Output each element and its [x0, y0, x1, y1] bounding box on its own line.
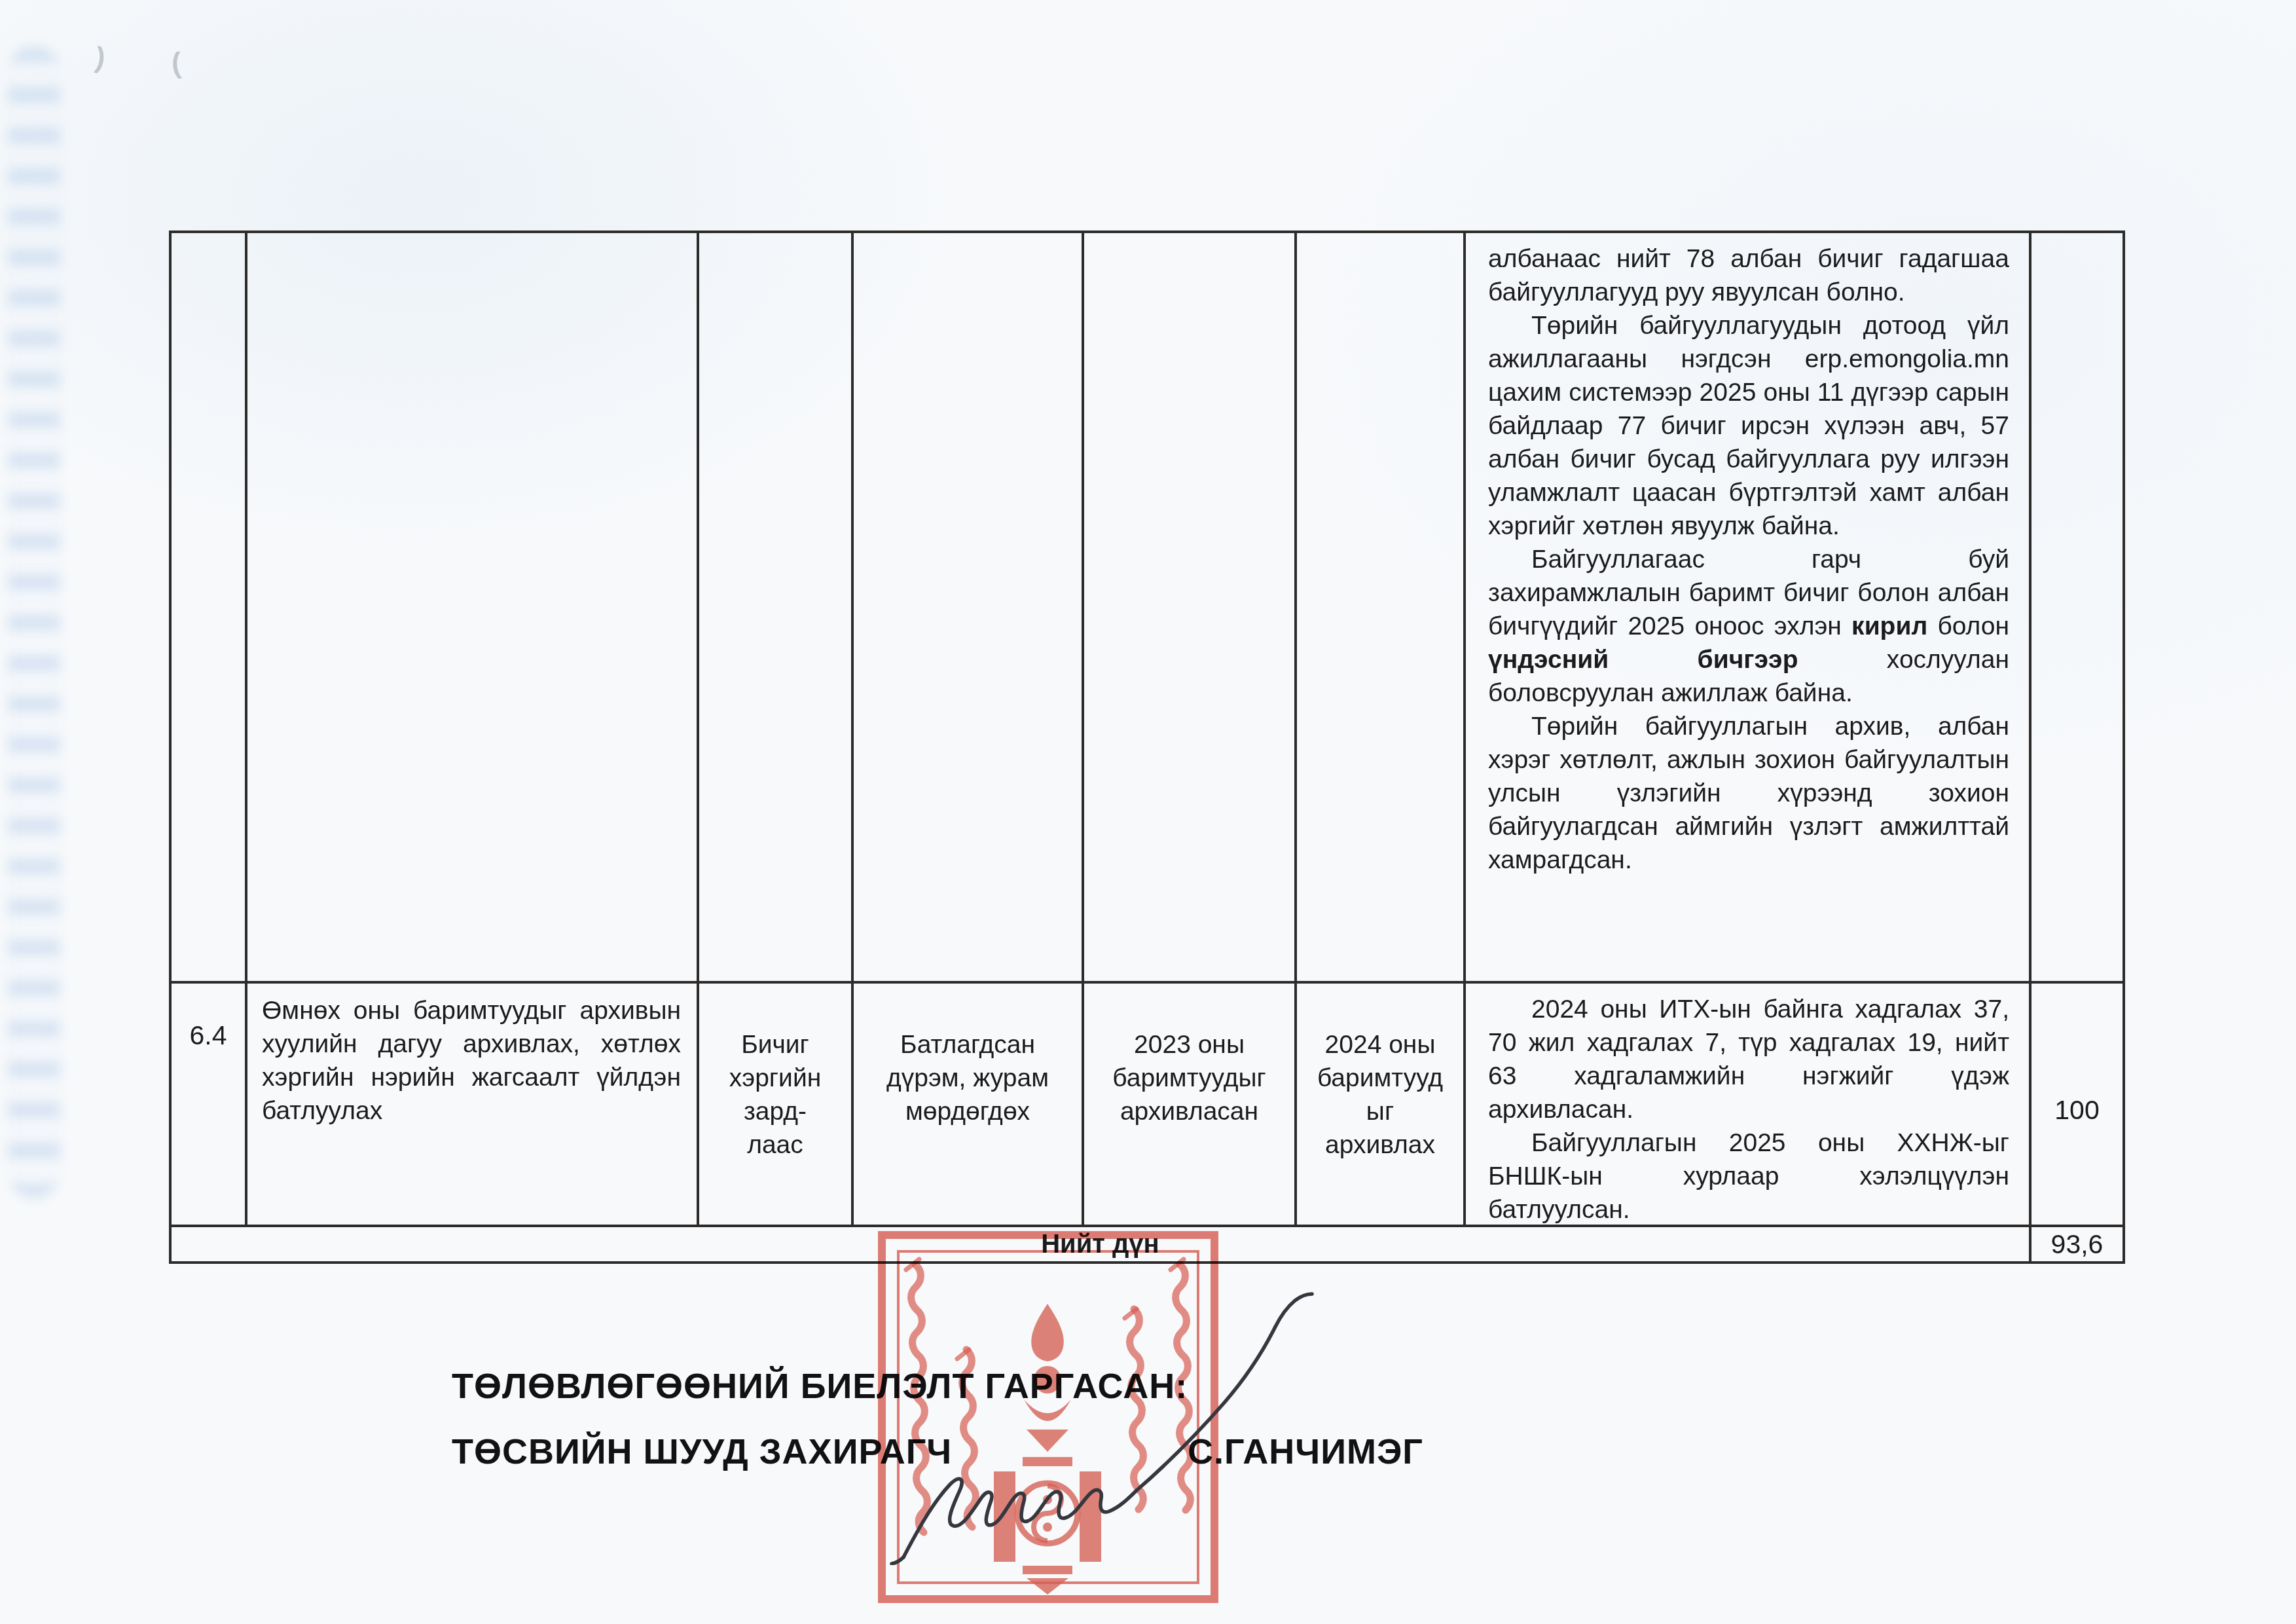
cell-baseline-2023: 2023 оны баримтуудыг архивласан	[1084, 984, 1297, 1227]
cell-item-number: 6.4	[172, 984, 247, 1227]
cell-empty-no	[172, 233, 247, 984]
soyombo-bar-bottom	[1023, 1566, 1072, 1574]
result-paragraph: Төрийн байгууллагын архив, албан хэрэг х…	[1488, 710, 2009, 877]
cell-empty-task	[247, 233, 699, 984]
cell-score-64: 100	[2032, 984, 2123, 1227]
performance-report-table: албанаас нийт 78 албан бичиг гадагшаа ба…	[169, 231, 2125, 1264]
bold-term: кирил	[1851, 612, 1927, 640]
result-paragraph: 2024 оны ИТХ-ын байнга хадгалах 37, 70 ж…	[1488, 993, 2009, 1126]
bold-term: үндэсний бичгээр	[1488, 646, 1798, 674]
cell-task-description: Өмнөх оны баримтуудыг архивын хуулийн да…	[247, 984, 699, 1227]
cell-total-value: 93,6	[2032, 1227, 2123, 1261]
cell-result-64: 2024 оны ИТХ-ын байнга хадгалах 37, 70 ж…	[1466, 984, 2032, 1227]
soyombo-triangle-bottom	[1027, 1578, 1068, 1595]
signature-stroke-flourish	[1137, 1294, 1312, 1490]
result-paragraph: Байгууллагаас гарч буй захирамжлалын бар…	[1488, 543, 2009, 710]
cell-criteria: Батлагдсан дүрэм, журам мөрдөгдөх	[854, 984, 1084, 1227]
scanned-document-page: ) ( албанаас нийт 78 албан бичиг гадагша…	[0, 0, 2296, 1624]
cell-empty-2023	[1084, 233, 1297, 984]
handwritten-signature	[884, 1282, 1316, 1565]
signature-stroke-main	[903, 1479, 1137, 1557]
cell-target-2024: 2024 оны баримтуудыг архивлах	[1297, 984, 1466, 1227]
result-paragraph: Байгууллагын 2025 оны ХХНЖ-ыг БНШК-ын ху…	[1488, 1126, 2009, 1227]
cell-empty-2024	[1297, 233, 1466, 984]
cell-result-continuation: албанаас нийт 78 албан бичиг гадагшаа ба…	[1466, 233, 2032, 984]
cell-empty-score	[2032, 233, 2123, 984]
result-paragraph: Төрийн байгууллагуудын дотоод үйл ажилла…	[1488, 309, 2009, 543]
scan-bleed-artifact	[8, 46, 60, 1198]
cell-funding-source: Бичиг хэргийн зард-лаас	[699, 984, 854, 1227]
result-paragraph: албанаас нийт 78 албан бичиг гадагшаа ба…	[1488, 242, 2009, 309]
cell-empty-funding	[699, 233, 854, 984]
stray-pen-mark: )	[94, 41, 107, 75]
cell-empty-criteria	[854, 233, 1084, 984]
signature-stroke-tail	[892, 1557, 903, 1564]
stray-pen-mark: (	[170, 47, 182, 81]
